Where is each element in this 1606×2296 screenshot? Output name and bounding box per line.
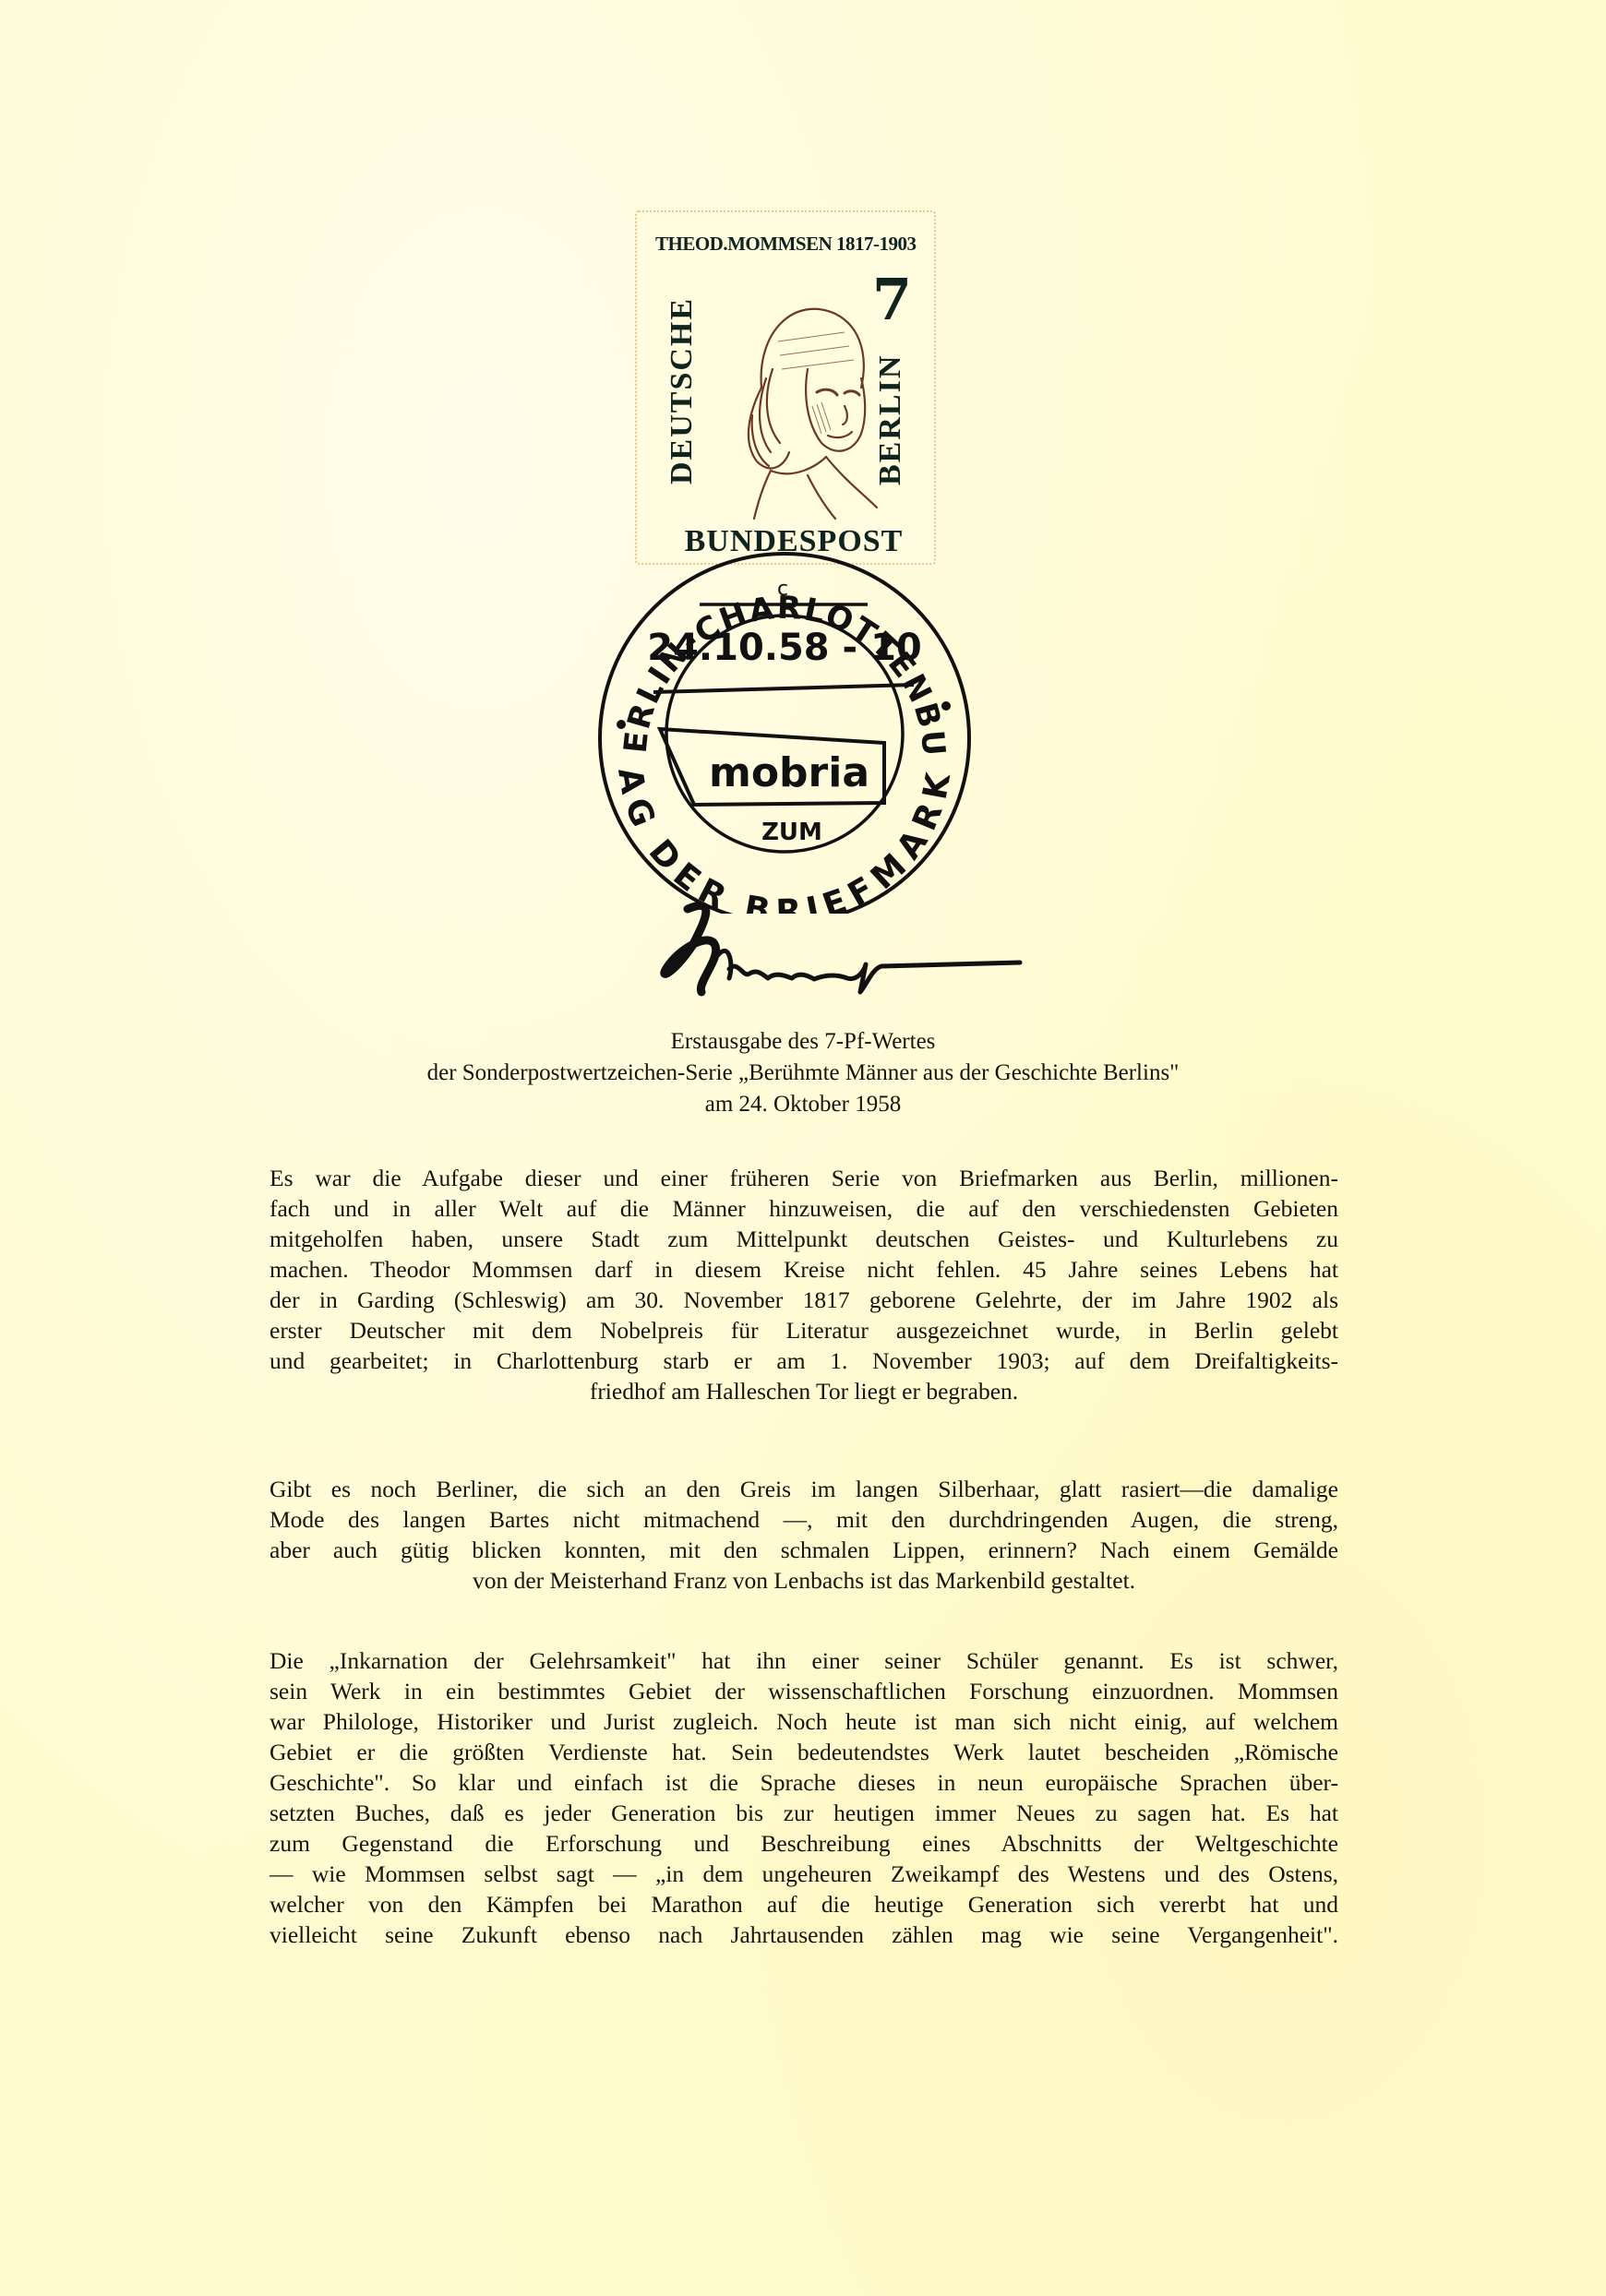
postage-stamp: THEOD.MOMMSEN 1817-1903 7 DEUTSCHE BERLI…	[635, 210, 936, 565]
text-line: Es war die Aufgabe dieser und einer früh…	[270, 1163, 1338, 1193]
postmark-sub-text: ZUM	[761, 819, 822, 846]
text-line: und gearbeitet; in Charlottenburg starb …	[270, 1345, 1338, 1376]
postmark-letter: c	[777, 578, 788, 601]
postmark-cancellation: (1) BERLIN-CHARLOTTENBURG 9 TAG DER BRIE…	[591, 544, 978, 914]
text-line: setzten Buches, daß es jeder Generation …	[270, 1798, 1338, 1828]
text-line: Gibt es noch Berliner, die sich an den G…	[270, 1474, 1338, 1504]
text-line: Geschichte". So klar und einfach ist die…	[270, 1767, 1338, 1798]
text-line: erster Deutscher mit dem Nobelpreis für …	[270, 1315, 1338, 1345]
text-line: — wie Mommsen selbst sagt — „in dem unge…	[270, 1859, 1338, 1889]
text-line: machen. Theodor Mommsen darf in diesem K…	[270, 1254, 1338, 1285]
text-line: Die „Inkarnation der Gelehrsamkeit" hat …	[270, 1645, 1338, 1676]
postmark-box-text: mobria	[709, 749, 869, 796]
text-line: war Philologe, Historiker und Jurist zug…	[270, 1706, 1338, 1737]
stamp-country-text: DEUTSCHE	[665, 284, 701, 496]
header-line: am 24. Oktober 1958	[268, 1089, 1338, 1120]
text-line: mitgeholfen haben, unsere Stadt zum Mitt…	[270, 1224, 1338, 1254]
text-line: sein Werk in ein bestimmtes Gebiet der w…	[270, 1676, 1338, 1706]
paragraph-2: Gibt es noch Berliner, die sich an den G…	[270, 1474, 1338, 1596]
text-line: der in Garding (Schleswig) am 30. Novemb…	[270, 1285, 1338, 1315]
text-line: welcher von den Kämpfen bei Marathon auf…	[270, 1889, 1338, 1919]
document-header: Erstausgabe des 7-Pf-Wertes der Sonderpo…	[268, 1026, 1338, 1120]
stamp-title: THEOD.MOMMSEN 1817-1903	[655, 233, 932, 256]
text-line: zum Gegenstand die Erforschung und Besch…	[270, 1828, 1338, 1859]
paragraph-3: Die „Inkarnation der Gelehrsamkeit" hat …	[270, 1645, 1338, 1950]
text-line: vielleicht seine Zukunft ebenso nach Jah…	[270, 1919, 1338, 1950]
text-line: aber auch gütig blicken konnten, mit den…	[270, 1535, 1338, 1565]
text-line: friedhof am Halleschen Tor liegt er begr…	[270, 1376, 1338, 1406]
postmark-date: 24.10.58 - 10	[647, 627, 922, 669]
header-line: der Sonderpostwertzeichen-Serie „Berühmt…	[268, 1058, 1338, 1089]
text-line: fach und in aller Welt auf die Männer hi…	[270, 1193, 1338, 1224]
signature	[646, 891, 1043, 1010]
text-line: Mode des langen Bartes nicht mitmachend …	[270, 1504, 1338, 1535]
paragraph-1: Es war die Aufgabe dieser und einer früh…	[270, 1163, 1338, 1406]
header-line: Erstausgabe des 7-Pf-Wertes	[268, 1026, 1338, 1058]
portrait-icon	[706, 277, 881, 521]
text-line: von der Meisterhand Franz von Lenbachs i…	[270, 1565, 1338, 1596]
text-line: Gebiet er die größten Verdienste hat. Se…	[270, 1737, 1338, 1767]
